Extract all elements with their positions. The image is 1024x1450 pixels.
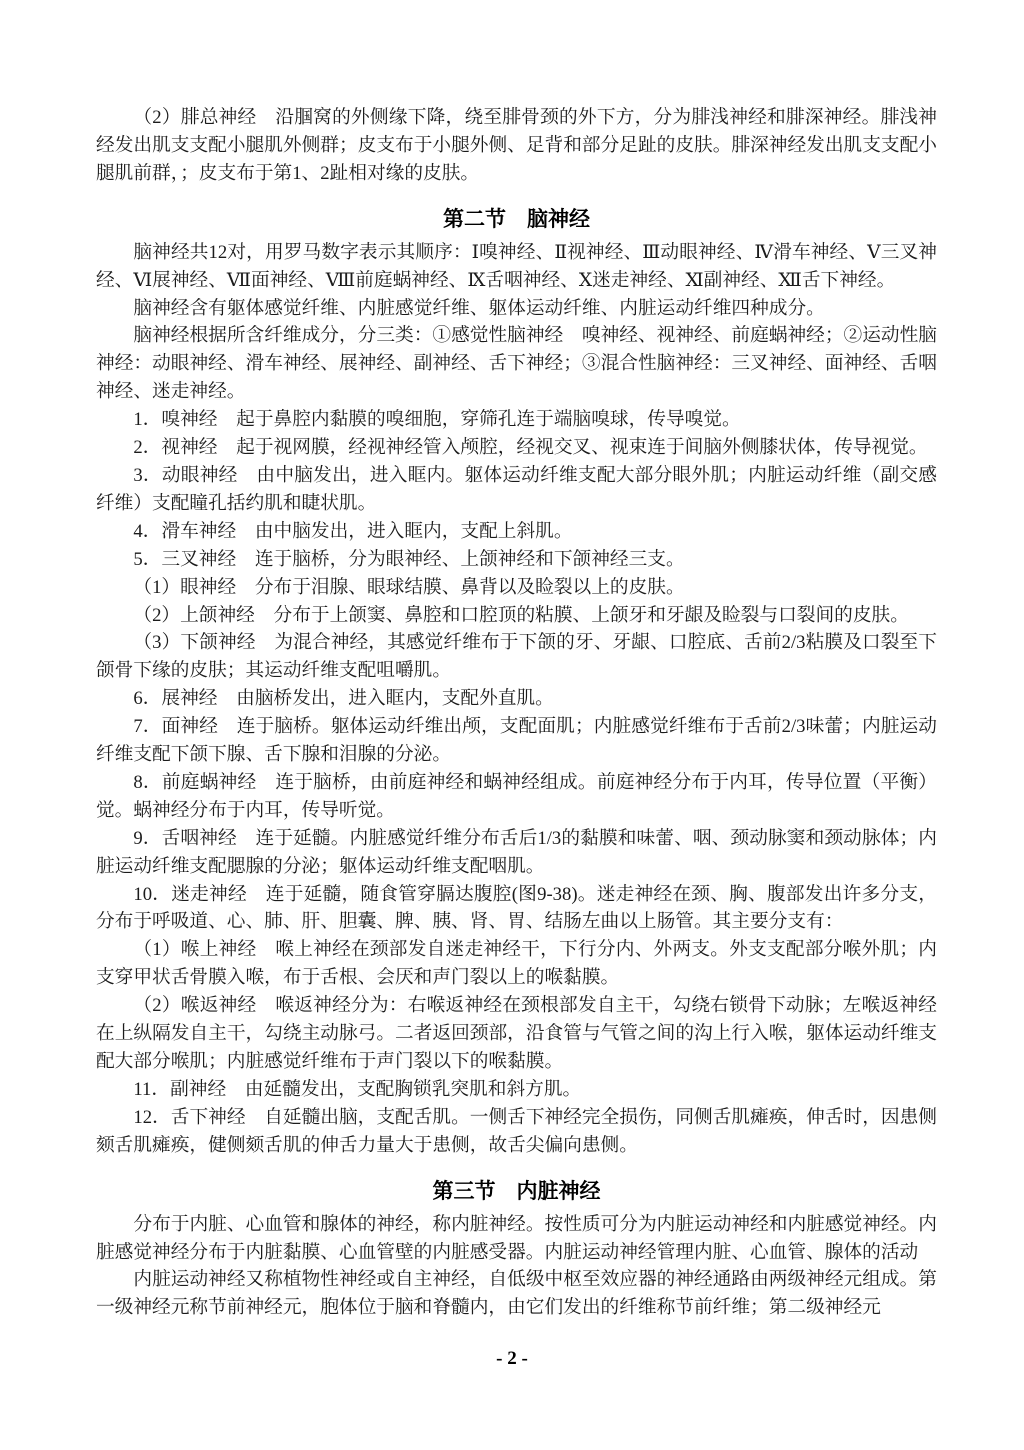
page-number: - 2 - <box>0 1348 1024 1370</box>
paragraph-facial-nerve: 7．面神经 连于脑桥。躯体运动纤维出颅，支配面肌；内脏感觉纤维布于舌前2/3味蕾… <box>96 713 937 769</box>
document-page: （2）腓总神经 沿腘窝的外侧缘下降，绕至腓骨颈的外下方，分为腓浅神经和腓深神经。… <box>0 0 1024 1450</box>
paragraph-vagus-nerve: 10．迷走神经 连于延髓，随食管穿膈达腹腔(图9-38)。迷走神经在颈、胸、腹部… <box>96 881 937 937</box>
paragraph-accessory-nerve: 11．副神经 由延髓发出，支配胸锁乳突肌和斜方肌。 <box>96 1076 937 1104</box>
document-content: （2）腓总神经 沿腘窝的外侧缘下降，绕至腓骨颈的外下方，分为腓浅神经和腓深神经。… <box>0 0 1024 1322</box>
paragraph-superior-laryngeal-nerve: （1）喉上神经 喉上神经在颈部发自迷走神经干，下行分内、外两支。外支支配部分喉外… <box>96 936 937 992</box>
paragraph-common-fibular-nerve: （2）腓总神经 沿腘窝的外侧缘下降，绕至腓骨颈的外下方，分为腓浅神经和腓深神经。… <box>96 104 937 188</box>
paragraph-oculomotor-nerve: 3．动眼神经 由中脑发出，进入眶内。躯体运动纤维支配大部分眼外肌；内脏运动纤维（… <box>96 462 937 518</box>
paragraph-vestibulocochlear-nerve: 8．前庭蜗神经 连于脑桥，由前庭神经和蜗神经组成。前庭神经分布于内耳，传导位置（… <box>96 769 937 825</box>
section-heading-cranial-nerves: 第二节 脑神经 <box>96 204 937 234</box>
paragraph-three-classes: 脑神经根据所含纤维成分，分三类：①感觉性脑神经 嗅神经、视神经、前庭蜗神经；②运… <box>96 322 937 406</box>
paragraph-glossopharyngeal-nerve: 9．舌咽神经 连于延髓。内脏感觉纤维分布舌后1/3的黏膜和味蕾、咽、颈动脉窦和颈… <box>96 825 937 881</box>
section-heading-visceral-nerves: 第三节 内脏神经 <box>96 1176 937 1206</box>
paragraph-abducens-nerve: 6．展神经 由脑桥发出，进入眶内，支配外直肌。 <box>96 685 937 713</box>
paragraph-visceral-nerve-intro: 分布于内脏、心血管和腺体的神经，称内脏神经。按性质可分为内脏运动神经和内脏感觉神… <box>96 1211 937 1267</box>
paragraph-trigeminal-nerve: 5．三叉神经 连于脑桥，分为眼神经、上颌神经和下颌神经三支。 <box>96 546 937 574</box>
paragraph-hypoglossal-nerve: 12．舌下神经 自延髓出脑，支配舌肌。一侧舌下神经完全损伤，同侧舌肌瘫痪，伸舌时… <box>96 1104 937 1160</box>
paragraph-recurrent-laryngeal-nerve: （2）喉返神经 喉返神经分为：右喉返神经在颈根部发自主干，勾绕右锁骨下动脉；左喉… <box>96 992 937 1076</box>
paragraph-cranial-nerve-order: 脑神经共12对，用罗马数字表示其顺序：Ⅰ嗅神经、Ⅱ视神经、Ⅲ动眼神经、Ⅳ滑车神经… <box>96 239 937 295</box>
paragraph-optic-nerve: 2．视神经 起于视网膜，经视神经管入颅腔，经视交叉、视束连于间脑外侧膝状体，传导… <box>96 434 937 462</box>
paragraph-olfactory-nerve: 1．嗅神经 起于鼻腔内黏膜的嗅细胞，穿筛孔连于端脑嗅球，传导嗅觉。 <box>96 406 937 434</box>
paragraph-visceral-motor-neurons: 内脏运动神经又称植物性神经或自主神经，自低级中枢至效应器的神经通路由两级神经元组… <box>96 1266 937 1322</box>
paragraph-fiber-components: 脑神经含有躯体感觉纤维、内脏感觉纤维、躯体运动纤维、内脏运动纤维四种成分。 <box>96 295 937 323</box>
paragraph-maxillary-nerve: （2）上颌神经 分布于上颌窦、鼻腔和口腔顶的粘膜、上颌牙和牙龈及睑裂与口裂间的皮… <box>96 602 937 630</box>
paragraph-mandibular-nerve: （3）下颌神经 为混合神经，其感觉纤维布于下颌的牙、牙龈、口腔底、舌前2/3粘膜… <box>96 629 937 685</box>
paragraph-ophthalmic-nerve: （1）眼神经 分布于泪腺、眼球结膜、鼻背以及睑裂以上的皮肤。 <box>96 574 937 602</box>
paragraph-trochlear-nerve: 4．滑车神经 由中脑发出，进入眶内，支配上斜肌。 <box>96 518 937 546</box>
